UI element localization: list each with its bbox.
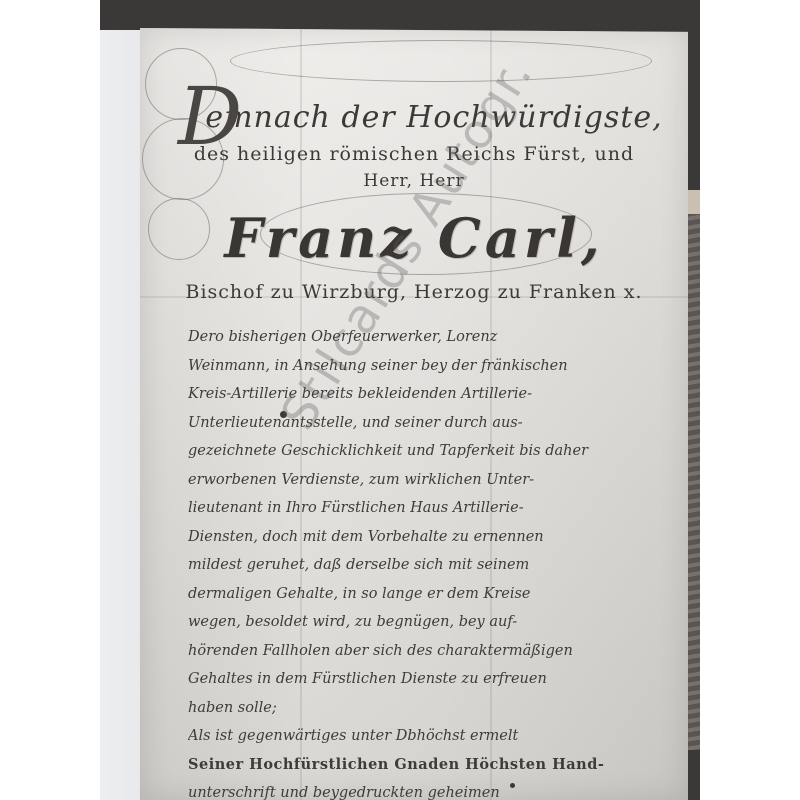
body-line: Unterlieutenantsstelle, und seiner durch…: [188, 409, 678, 438]
body-line: Dero bisherigen Oberfeuerwerker, Lorenz: [188, 323, 678, 352]
heading-line-2: des heiligen römischen Reichs Fürst, und: [140, 143, 688, 165]
closing-line-1: Als ist gegenwärtiges unter Dbhöchst erm…: [188, 722, 678, 751]
body-line: Weinmann, in Ansehung seiner bey der frä…: [188, 352, 678, 381]
closing-line-3: unterschrift und beygedruckten geheimen: [188, 779, 678, 800]
body-line: wegen, besoldet wird, zu begnügen, bey a…: [188, 608, 678, 637]
body-line: dermaligen Gehalte, in so lange er dem K…: [188, 580, 678, 609]
manuscript-body: Dero bisherigen Oberfeuerwerker, Lorenz …: [188, 323, 678, 800]
body-line: mildest geruhet, daß derselbe sich mit s…: [188, 551, 678, 580]
body-line: Gehaltes in dem Fürstlichen Dienste zu e…: [188, 665, 678, 694]
body-line: Diensten, doch mit dem Vorbehalte zu ern…: [188, 523, 678, 552]
document-photo: h im D emnach der Hochwürdigste, des hei…: [100, 0, 700, 800]
heading-line-1: D emnach der Hochwürdigste,: [180, 100, 688, 135]
ink-spot: [510, 783, 515, 788]
body-line: hörenden Fallholen aber sich des charakt…: [188, 637, 678, 666]
calligraphic-flourish: [230, 40, 652, 82]
closing-line-2: Seiner Hochfürstlichen Gnaden Höchsten H…: [188, 751, 678, 780]
body-line: erworbenen Verdienste, zum wirklichen Un…: [188, 466, 678, 495]
body-line: lieutenant in Ihro Fürstlichen Haus Arti…: [188, 494, 678, 523]
body-line: haben solle;: [188, 694, 678, 723]
manuscript-page: D emnach der Hochwürdigste, des heiligen…: [140, 28, 688, 800]
body-line: gezeichnete Geschicklichkeit und Tapferk…: [188, 437, 678, 466]
body-line: Kreis-Artillerie bereits bekleidenden Ar…: [188, 380, 678, 409]
